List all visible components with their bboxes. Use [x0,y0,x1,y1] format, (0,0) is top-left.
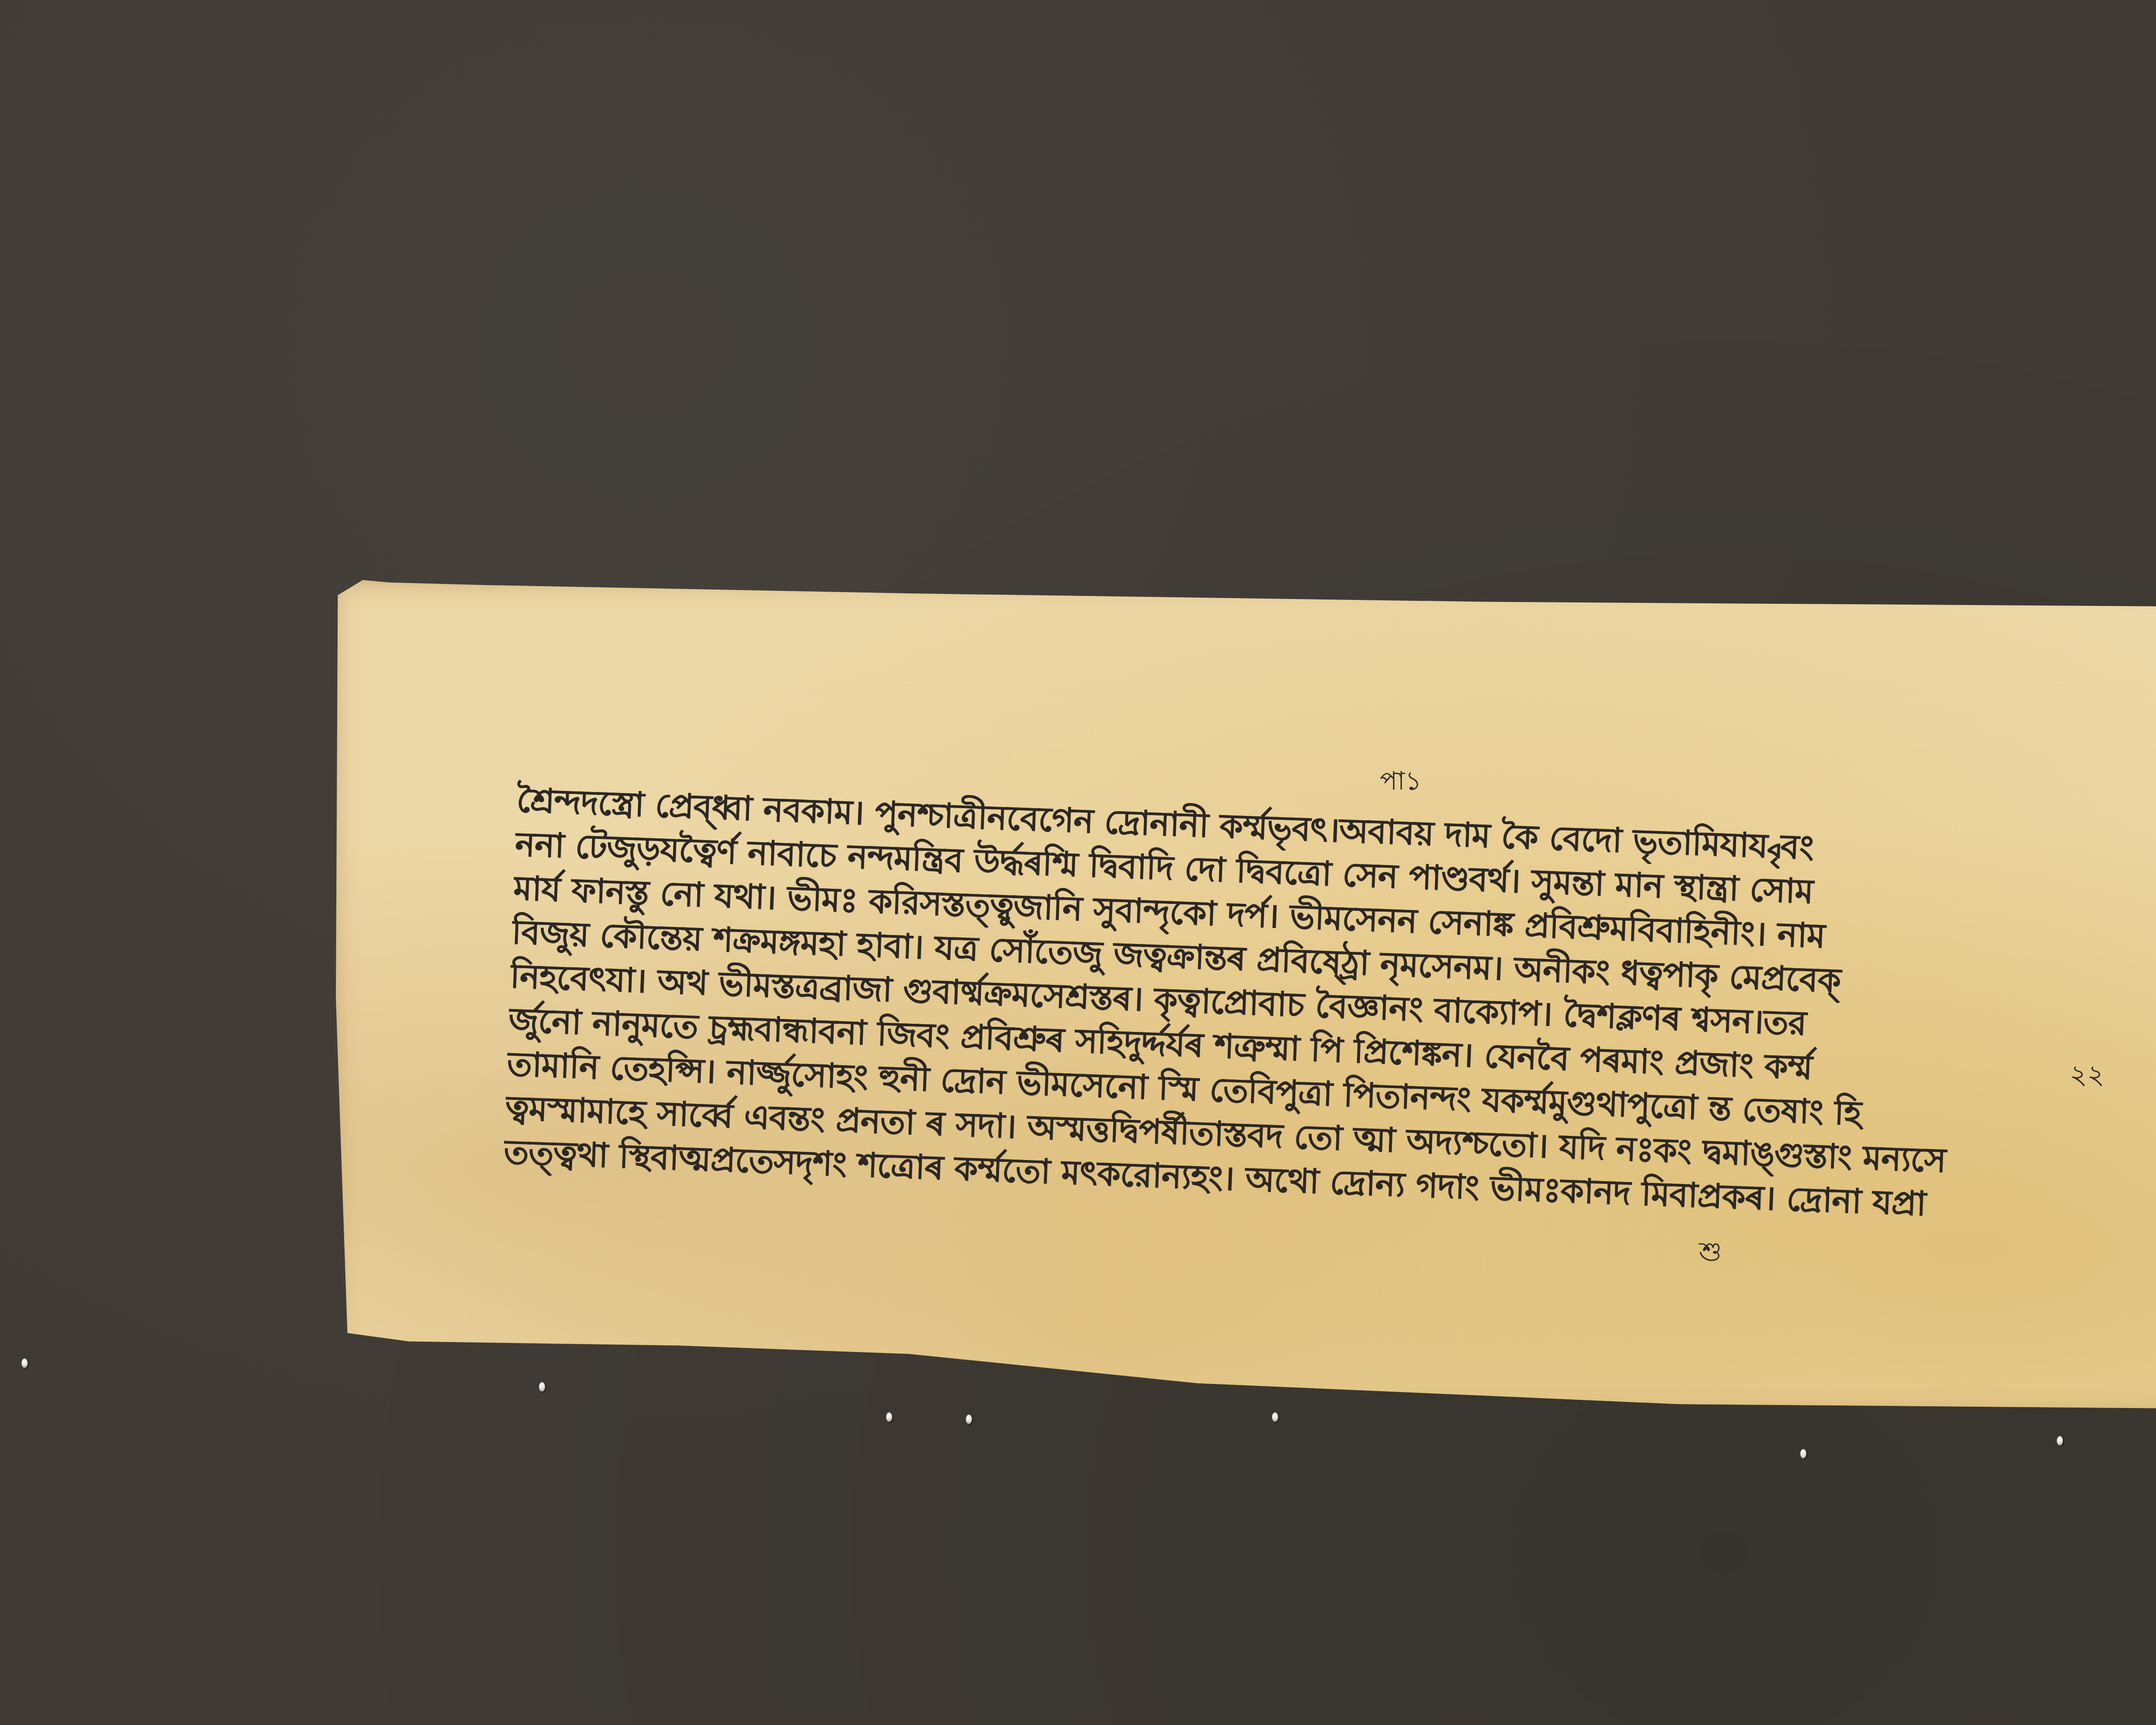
mounting-board: পা১ শ্রৈন্দদস্ত্রো প্রেব্ধ্বা নবকাম। পুন… [0,0,2156,1725]
manuscript-folio: পা১ শ্রৈন্দদস্ত্রো প্রেব্ধ্বা নবকাম। পুন… [332,580,2156,1417]
pin-icon [966,1414,972,1424]
manuscript-text: শ্রৈন্দদস্ত্রো প্রেব্ধ্বা নবকাম। পুনশ্চা… [503,778,1982,1228]
folio-top-marker: পা১ [1380,761,1422,804]
folio-margin-number: ২২ [2070,1054,2105,1099]
folio-bottom-mark: শু [1699,1231,1722,1276]
pin-icon [1272,1412,1278,1422]
pin-icon [2057,1436,2063,1446]
pin-icon [886,1412,892,1422]
pin-icon [22,1358,28,1368]
pin-icon [1800,1449,1806,1458]
pin-icon [539,1382,545,1392]
